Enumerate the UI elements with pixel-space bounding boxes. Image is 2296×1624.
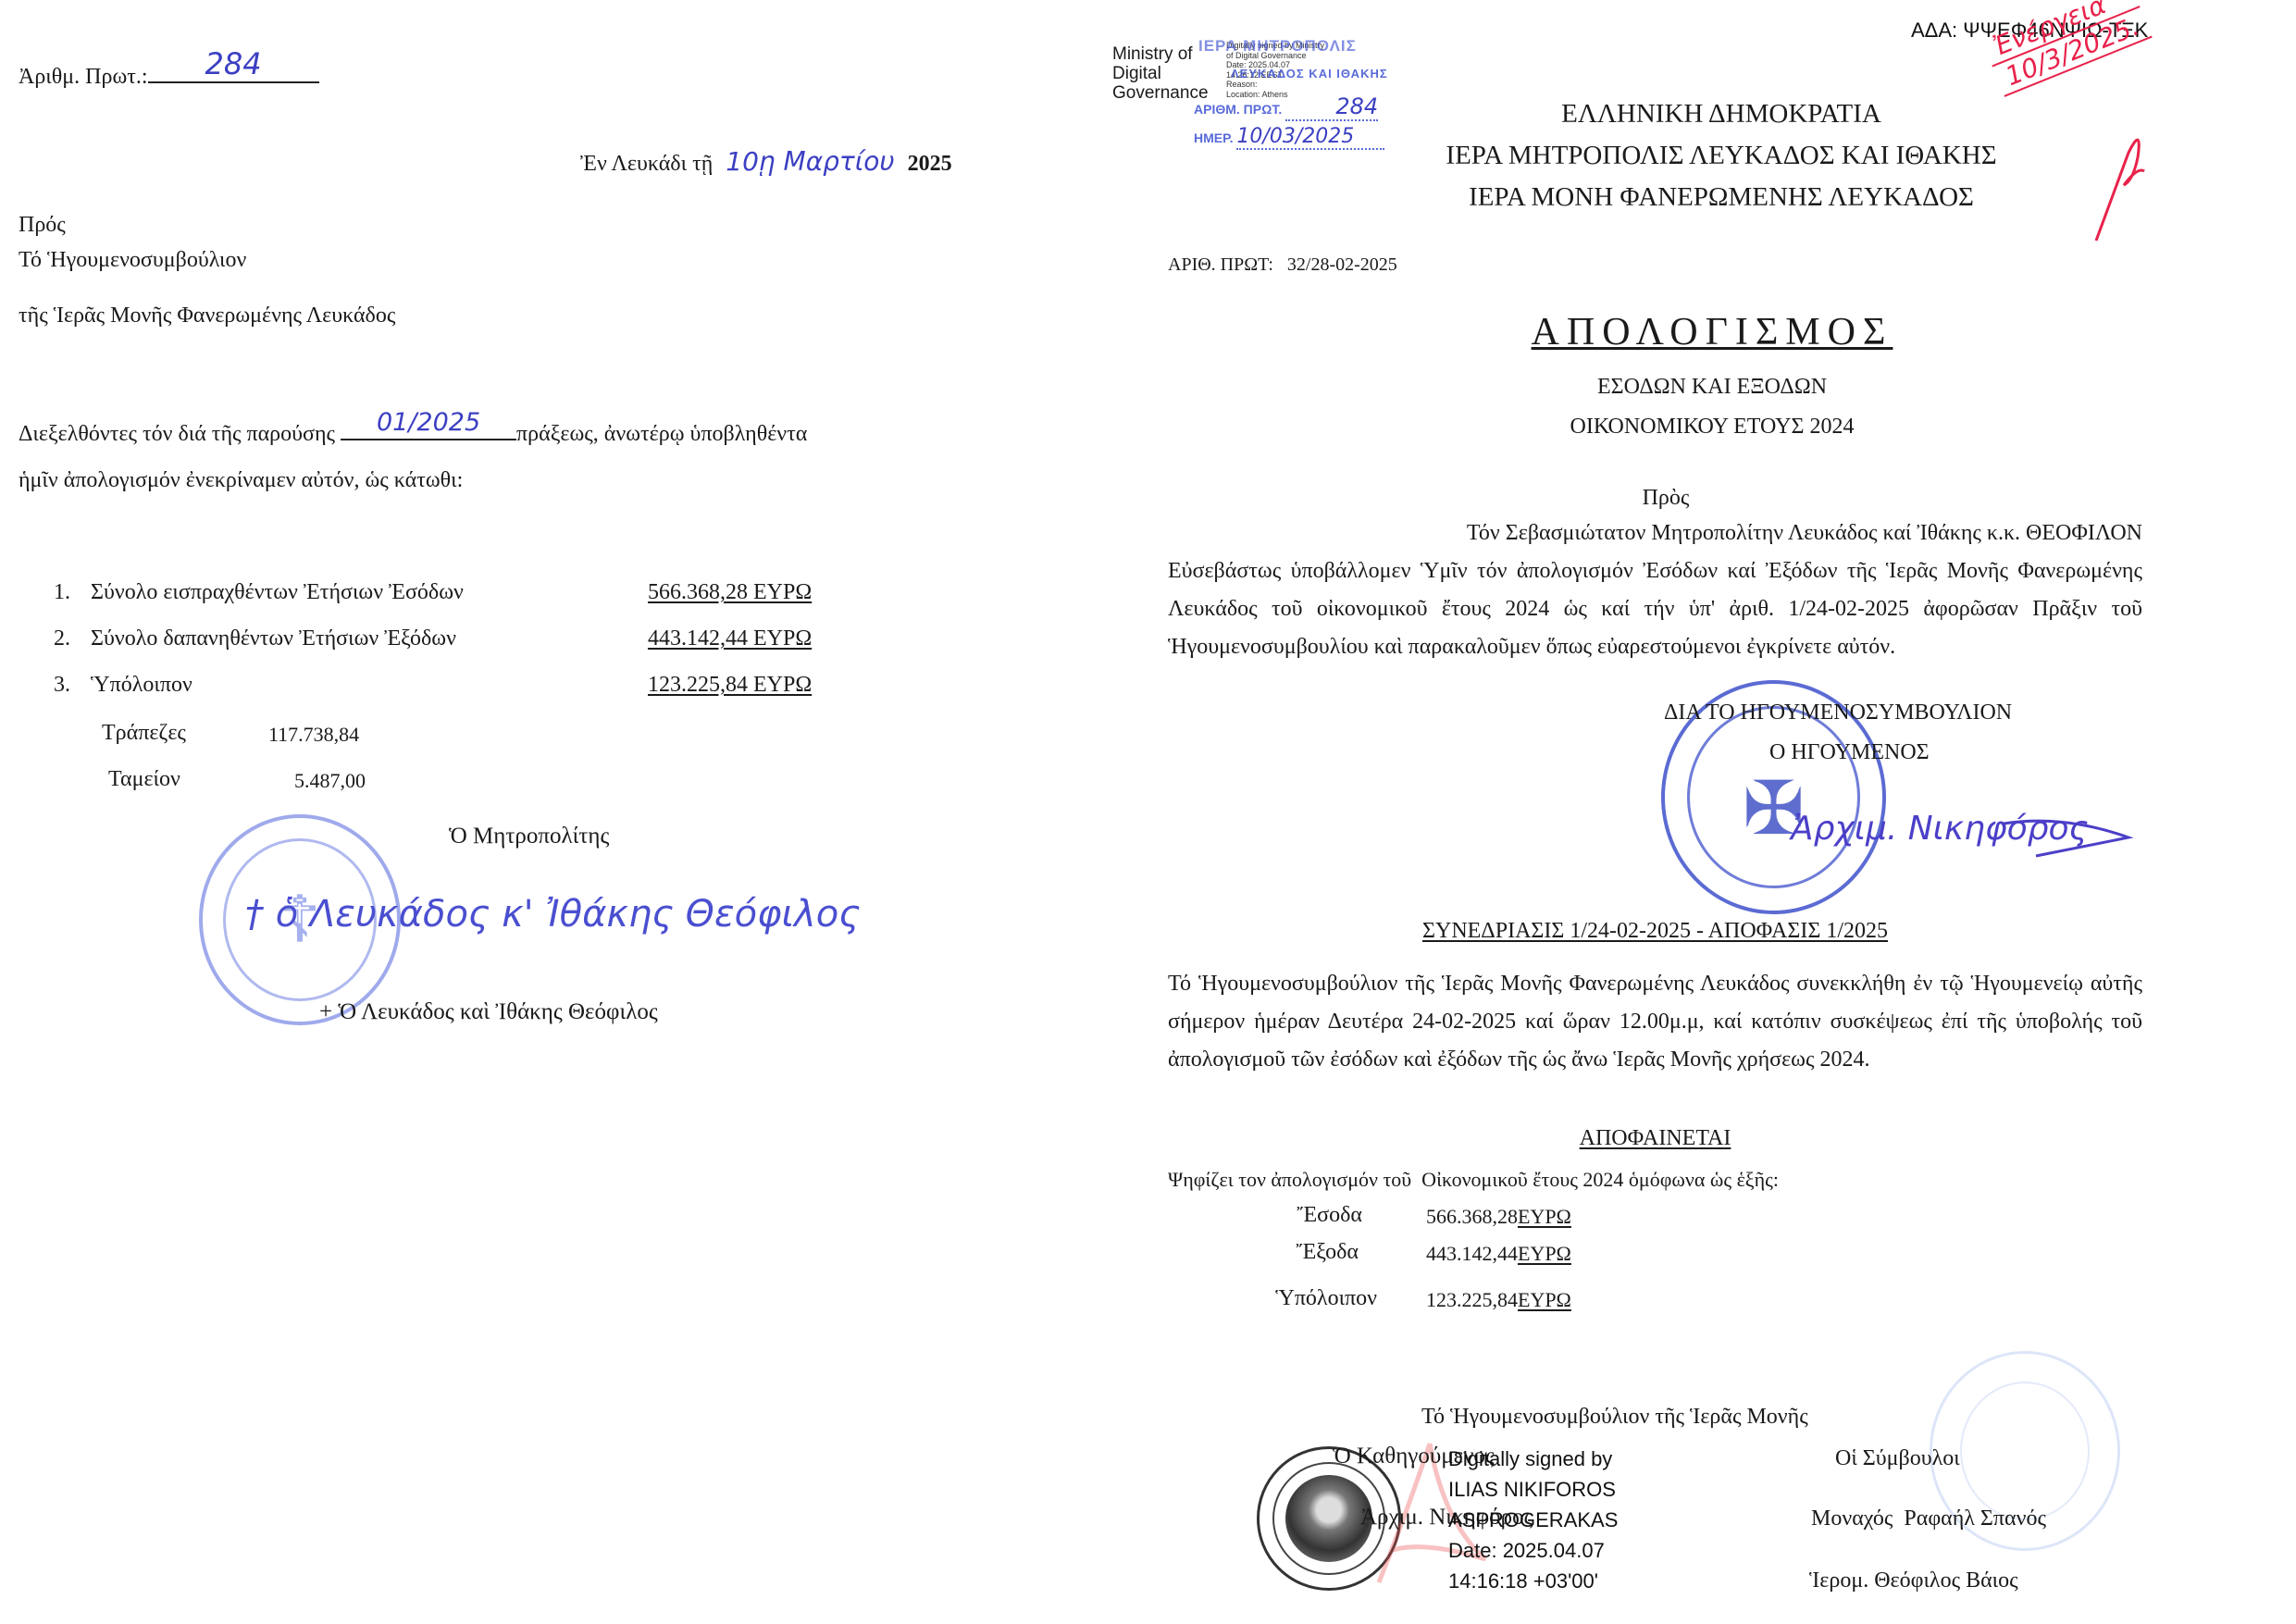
currency: ΕΥΡΩ — [1518, 1288, 1571, 1311]
council-sign-line-2: Ο ΗΓΟΥΜΕΝΟΣ — [1769, 740, 1930, 765]
receipt-stamp-protocol: ΑΡΙΘΜ. ΠΡΩΤ. 284 — [1194, 93, 1388, 121]
protocol-number: Ἀριθμ. Πρωτ.:284 — [19, 56, 319, 90]
header-republic: ΕΛΛΗΝΙΚΗ ΔΗΜΟΚΡΑΤΙΑ — [1370, 99, 2073, 130]
to-label: Πρός — [19, 213, 66, 238]
council-sign-line-1: ΔΙΑ ΤΟ ΗΓΟΥΜΕΝΟΣΥΜΒΟΥΛΙΟΝ — [1664, 700, 2012, 725]
session-heading: ΣΥΝΕΔΡΙΑΣΙΣ 1/24-02-2025 - ΑΠΟΦΑΣΙΣ 1/20… — [1168, 919, 2142, 944]
decision-intro: Ψηφίζει τον ἀπολογισμόν τοῦ Οἰκονομικοῦ … — [1168, 1168, 1779, 1192]
amount: 443.142,44 — [1426, 1242, 1518, 1265]
receipt-stamp: ΙΕΡΑ ΜΗΤΡΟΠΟΛΙΣ ΛΕΥΚΑΔΟΣ ΚΑΙ ΙΘΑΚΗΣ ΑΡΙΘ… — [1194, 37, 1388, 150]
date-handwritten: 10ῃ Μαρτίου — [726, 146, 894, 177]
document-subtitle-1: ΕΣΟΔΩΝ ΚΑΙ ΕΞΟΔΩΝ — [1296, 375, 2128, 400]
header-monastery: ΙΕΡΑ ΜΟΝΗ ΦΑΝΕΡΩΜΕΝΗΣ ΛΕΥΚΑΔΟΣ — [1370, 182, 2073, 213]
decision-item-label: Ἔσοδα — [1242, 1203, 1362, 1228]
item-label: Σύνολο εισπραχθέντων Ἐτήσιων Ἐσόδων — [91, 580, 648, 605]
digital-signature-line: Date: 2025.04.07 — [1448, 1535, 1618, 1566]
digital-signature-abbot: Digitally signed byILIAS NIKIFOROSASPROG… — [1448, 1444, 1618, 1596]
intro-text-part1: Διεξελθόντες τόν διά τῆς παρούσης — [19, 422, 335, 446]
intro-text-part2: πράξεως, ἀνωτέρῳ ὑποβληθέντα — [516, 422, 807, 446]
date-prefix: Ἐν Λευκάδι τῇ — [580, 152, 713, 176]
decision-item-label: Ἔξοδα — [1238, 1240, 1359, 1265]
protocol-blank: 284 — [148, 56, 319, 83]
address-recipient-line: Τόν Σεβασμιώτατον Μητροπολίτην Λευκάδος … — [1168, 514, 2142, 552]
item-value: 123.225,84 ΕΥΡΩ — [648, 673, 812, 697]
councillors-title: Οἱ Σύμβουλοι — [1835, 1446, 1960, 1471]
recipient-line-2: τῆς Ἱερᾶς Μονῆς Φανερωμένης Λευκάδος — [19, 304, 395, 329]
totals-row: 3.Ὑπόλοιπον123.225,84 ΕΥΡΩ — [54, 673, 812, 698]
currency: ΕΥΡΩ — [1518, 1205, 1571, 1228]
protocol-label: Ἀριθμ. Πρωτ.: — [19, 65, 148, 89]
councillor-2: Ἱερομ. Θεόφιλος Βάιος — [1809, 1568, 2018, 1593]
red-initials-icon — [2087, 116, 2152, 245]
item-value: 566.368,28 ΕΥΡΩ — [648, 580, 812, 604]
receipt-protocol-label: ΑΡΙΘΜ. ΠΡΩΤ. — [1194, 102, 1282, 117]
intro-line-1: Διεξελθόντες τόν διά τῆς παρούσης 01/202… — [19, 413, 807, 447]
digital-signature-line: Digitally signed by — [1448, 1444, 1618, 1474]
decision-item-amount: 123.225,84ΕΥΡΩ — [1426, 1288, 1571, 1312]
item-label: Σύνολο δαπανηθέντων Ἐτήσιων Ἐξόδων — [91, 626, 648, 651]
totals-row: 2.Σύνολο δαπανηθέντων Ἐτήσιων Ἐξόδων443.… — [54, 626, 812, 651]
item-value: 443.142,44 ΕΥΡΩ — [648, 626, 812, 651]
item-label: Ὑπόλοιπον — [91, 673, 648, 698]
decision-heading: ΑΠΟΦΑΙΝΕΤΑΙ — [1168, 1126, 2142, 1151]
totals-row: 1.Σύνολο εισπραχθέντων Ἐτήσιων Ἐσόδων566… — [54, 580, 812, 605]
metropolitan-name: + Ὁ Λευκάδος καὶ Ἰθάκης Θεόφιλος — [319, 999, 658, 1025]
currency: ΕΥΡΩ — [1518, 1242, 1571, 1265]
breakdown-label: Τράπεζες — [102, 721, 186, 746]
address-body: Εὐσεβάστως ὑποβάλλομεν Ὑμῖν τόν ἀπολογισ… — [1168, 552, 2142, 666]
breakdown-label: Ταμείον — [108, 767, 180, 792]
place-date-line: Ἐν Λευκάδι τῇ 10ῃ Μαρτίου 2025 — [580, 146, 952, 177]
receipt-stamp-date: ΗΜΕΡ. 10/03/2025 — [1194, 125, 1388, 150]
item-number: 2. — [54, 626, 91, 651]
decision-item-amount: 443.142,44ΕΥΡΩ — [1426, 1242, 1571, 1266]
session-heading-text: ΣΥΝΕΔΡΙΑΣΙΣ 1/24-02-2025 - ΑΠΟΦΑΣΙΣ 1/20… — [1422, 919, 1888, 943]
protocol-handwritten: 284 — [148, 46, 319, 81]
signature-flourish-icon — [1999, 796, 2138, 861]
address-paragraph: Τόν Σεβασμιώτατον Μητροπολίτην Λευκάδος … — [1168, 514, 2142, 666]
title-text: ΑΠΟΛΟΓΙΣΜΟΣ — [1532, 311, 1893, 353]
amount: 123.225,84 — [1426, 1288, 1518, 1311]
right-to-label: Πρὸς — [1573, 486, 1758, 511]
decision-item-amount: 566.368,28ΕΥΡΩ — [1426, 1205, 1571, 1229]
receipt-date-value: 10/03/2025 — [1236, 125, 1384, 150]
receipt-stamp-line1: ΙΕΡΑ ΜΗΤΡΟΠΟΛΙΣ — [1198, 37, 1388, 56]
digital-signature-line: 14:16:18 +03'00' — [1448, 1566, 1618, 1596]
right-protocol: ΑΡΙΘ. ΠΡΩΤ: 32/28-02-2025 — [1168, 254, 1397, 276]
decision-heading-text: ΑΠΟΦΑΙΝΕΤΑΙ — [1580, 1126, 1731, 1150]
receipt-stamp-line2: ΛΕΥΚΑΔΟΣ ΚΑΙ ΙΘΑΚΗΣ — [1231, 67, 1388, 81]
councillor-1: Μοναχός Ραφαήλ Σπανός — [1811, 1506, 2046, 1531]
recipient-line-1: Τό Ἡγουμενοσυμβούλιον — [19, 248, 246, 273]
intro-line-2: ἡμῖν ἀπολογισμόν ἐνεκρίναμεν αὐτόν, ὡς κ… — [19, 468, 463, 493]
date-year: 2025 — [908, 152, 952, 176]
document-title: ΑΠΟΛΟΓΙΣΜΟΣ — [1296, 310, 2128, 354]
breakdown-value: 5.487,00 — [294, 769, 366, 793]
document-subtitle-2: ΟΙΚΟΝΟΜΙΚΟΥ ΕΤΟΥΣ 2024 — [1296, 415, 2128, 440]
digital-signature-line: ILIAS NIKIFOROS — [1448, 1474, 1618, 1505]
red-handwritten-annotation: Ἐνέργεια 10/3/2025. — [1980, 0, 2153, 97]
item-number: 1. — [54, 580, 91, 605]
breakdown-value: 117.738,84 — [268, 723, 359, 747]
receipt-date-label: ΗΜΕΡ. — [1194, 130, 1234, 145]
council-heading: Τό Ἡγουμενοσυμβούλιον τῆς Ἱερᾶς Μονῆς — [1421, 1405, 1808, 1430]
amount: 566.368,28 — [1426, 1205, 1518, 1228]
metropolitan-handwritten-signature: † ὁ Λευκάδος κ' Ἰθάκης Θεόφιλος — [245, 893, 861, 936]
header-metropolis: ΙΕΡΑ ΜΗΤΡΟΠΟΛΙΣ ΛΕΥΚΑΔΟΣ ΚΑΙ ΙΘΑΚΗΣ — [1370, 141, 2073, 171]
receipt-protocol-value: 284 — [1285, 93, 1378, 121]
icon-of-panagia-icon — [1285, 1475, 1372, 1562]
session-paragraph: Τό Ἡγουμενοσυμβούλιον τῆς Ἱερᾶς Μονῆς Φα… — [1168, 965, 2142, 1079]
decision-item-label: Ὑπόλοιπον — [1257, 1286, 1377, 1311]
metropolitan-title: Ὁ Μητροπολίτης — [449, 824, 609, 849]
act-number-blank: 01/2025 — [341, 413, 516, 440]
item-number: 3. — [54, 673, 91, 698]
act-number-handwritten: 01/2025 — [341, 408, 516, 437]
digital-signature-line: ASPROGERAKAS — [1448, 1505, 1618, 1535]
